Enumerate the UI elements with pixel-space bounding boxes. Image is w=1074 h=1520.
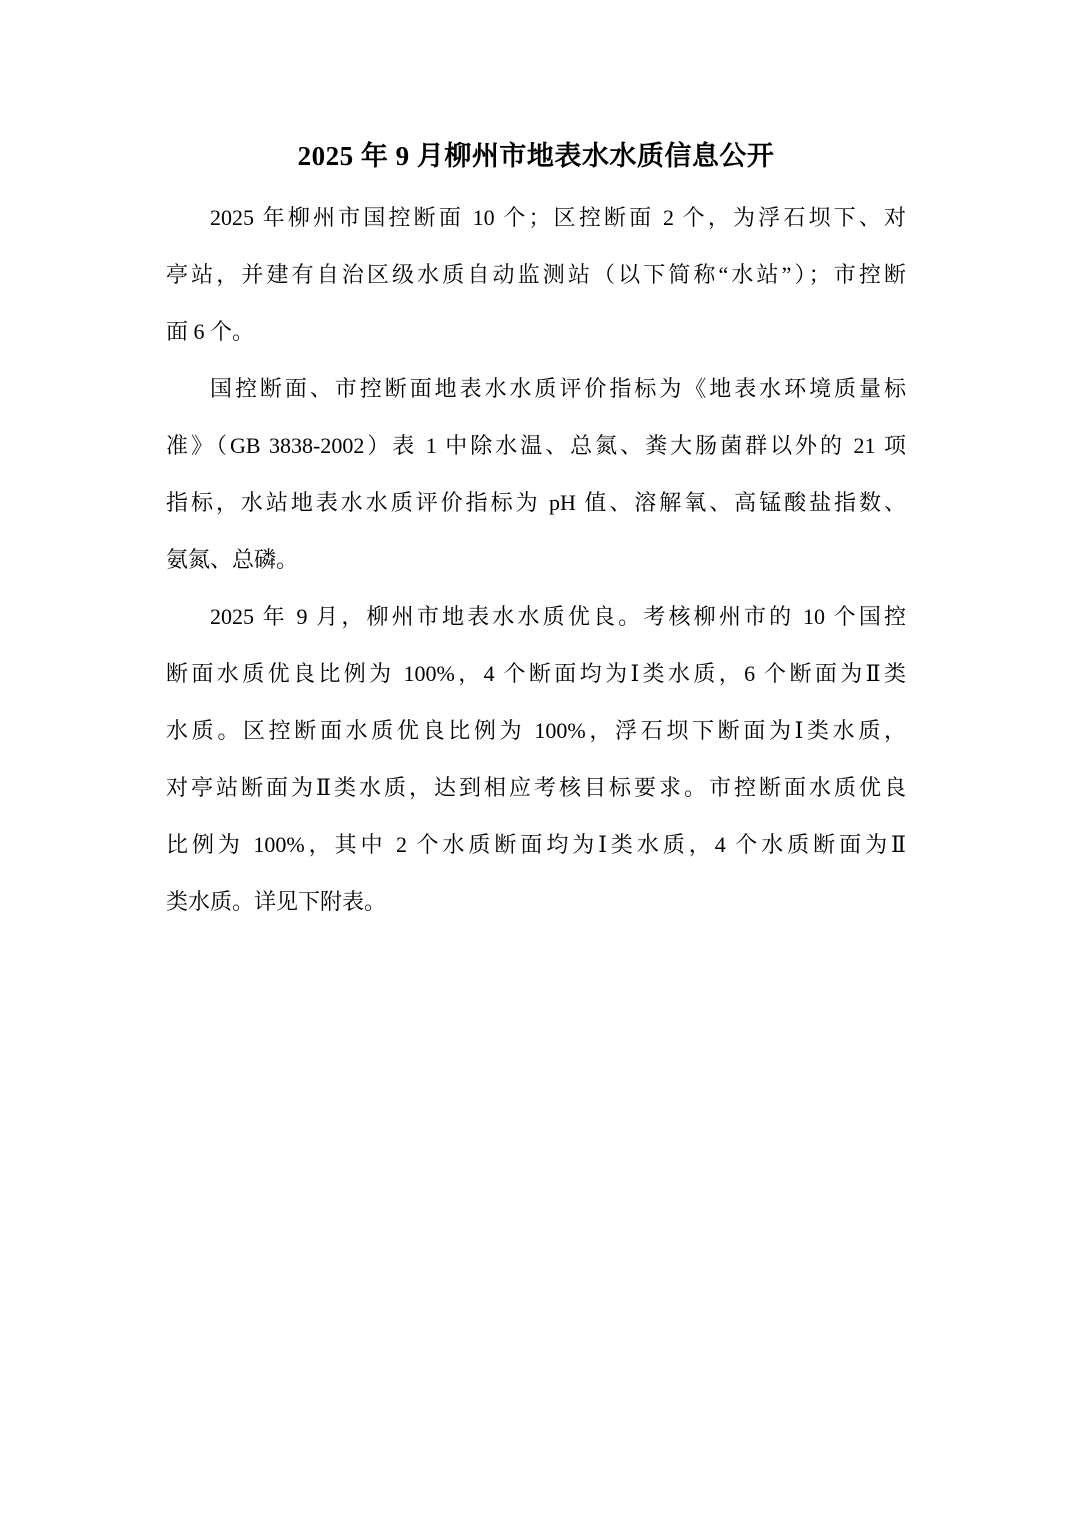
text-line: 面 6 个。 [166,303,906,360]
document-title: 2025 年 9 月柳州市地表水水质信息公开 [166,128,906,185]
text-line: 类水质。详见下附表。 [166,873,906,930]
paragraph-overview: 2025 年柳州市国控断面 10 个；区控断面 2 个，为浮石坝下、对 亭站，并… [166,189,906,360]
text-line: 2025 年柳州市国控断面 10 个；区控断面 2 个，为浮石坝下、对 [166,189,906,246]
paragraph-evaluation-standards: 国控断面、市控断面地表水水质评价指标为《地表水环境质量标 准》（GB 3838-… [166,360,906,588]
text-line: 国控断面、市控断面地表水水质评价指标为《地表水环境质量标 [166,360,906,417]
text-line: 2025 年 9 月，柳州市地表水水质优良。考核柳州市的 10 个国控 [166,588,906,645]
text-line: 比例为 100%，其中 2 个水质断面均为Ⅰ类水质，4 个水质断面为Ⅱ [166,816,906,873]
text-line: 准》（GB 3838-2002）表 1 中除水温、总氮、粪大肠菌群以外的 21 … [166,417,906,474]
text-line: 氨氮、总磷。 [166,531,906,588]
text-line: 水质。区控断面水质优良比例为 100%，浮石坝下断面为Ⅰ类水质， [166,702,906,759]
paragraph-results: 2025 年 9 月，柳州市地表水水质优良。考核柳州市的 10 个国控 断面水质… [166,588,906,930]
text-line: 对亭站断面为Ⅱ类水质，达到相应考核目标要求。市控断面水质优良 [166,759,906,816]
text-line: 指标，水站地表水水质评价指标为 pH 值、溶解氧、高锰酸盐指数、 [166,474,906,531]
text-line: 亭站，并建有自治区级水质自动监测站（以下简称“水站”）；市控断 [166,246,906,303]
document-page: 2025 年 9 月柳州市地表水水质信息公开 2025 年柳州市国控断面 10 … [0,0,1074,1520]
text-line: 断面水质优良比例为 100%，4 个断面均为Ⅰ类水质，6 个断面为Ⅱ类 [166,645,906,702]
